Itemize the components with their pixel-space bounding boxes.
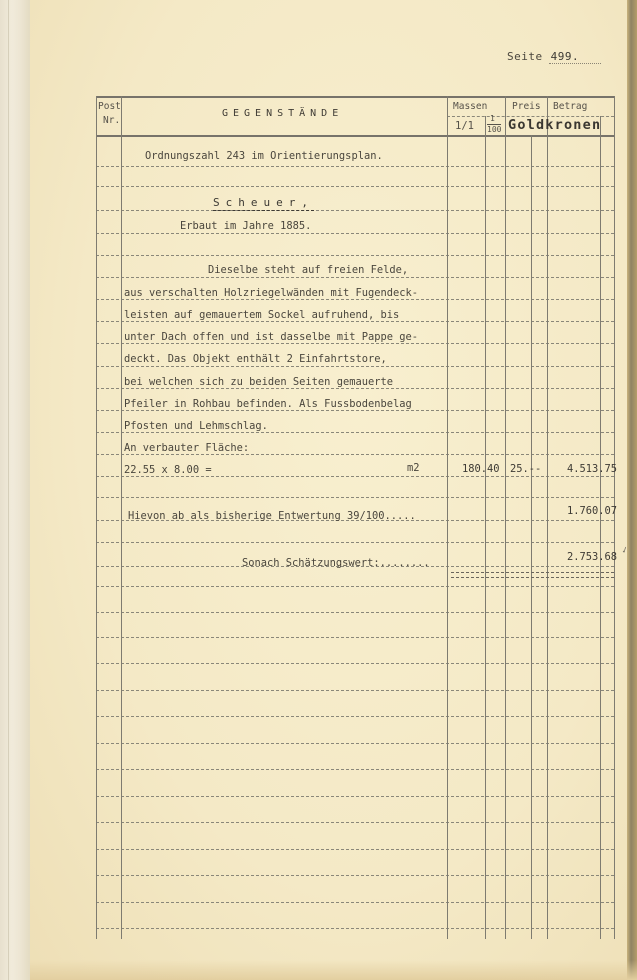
row-area-calculation: 22.55 x 8.00 =	[124, 464, 212, 476]
cell-betrag-total: 2.753.68	[567, 551, 617, 563]
row-erbaut: Erbaut im Jahre 1885.	[180, 220, 311, 232]
row-verbaute-flaeche-label: An verbauter Fläche:	[124, 442, 249, 454]
ruled-line	[96, 321, 614, 322]
page-number: Seite499.	[507, 50, 543, 63]
ruled-line	[96, 186, 614, 187]
col-line-gegenstaende	[447, 96, 448, 939]
ruled-line	[96, 166, 614, 167]
header-currency-goldkronen: Goldkronen	[508, 117, 601, 133]
header-bottom-border	[96, 135, 614, 137]
ruled-line	[96, 476, 614, 477]
ruled-line	[96, 542, 614, 543]
header-massen-1-1: 1/1	[455, 120, 474, 132]
col-line-post	[121, 96, 122, 939]
ruled-line	[96, 637, 614, 638]
row-description-8: Pfosten und Lehmschlag.	[124, 420, 268, 432]
ruled-line	[96, 277, 614, 278]
col-line-preis	[547, 96, 548, 939]
page-number-label: Seite	[507, 50, 543, 63]
page-bottom-shadow	[30, 960, 637, 980]
table-top-border	[96, 96, 614, 98]
ruled-line	[96, 690, 614, 691]
col-line-preis-sub	[531, 135, 532, 939]
col-line-massen-sub	[485, 116, 486, 939]
row-schaetzungswert: Sonach Schätzungswert:........	[242, 557, 430, 569]
row-description-6: bei welchen sich zu beiden Seiten gemaue…	[124, 376, 393, 388]
cell-betrag-gross: 4.513.75	[567, 463, 617, 475]
ruled-line	[96, 822, 614, 823]
page-number-value: 499.	[549, 50, 601, 64]
row-entwertung: Hievon ab als bisherige Entwertung 39/10…	[128, 510, 416, 522]
ruled-line	[96, 849, 614, 850]
ruled-line	[96, 210, 614, 211]
ruled-line	[96, 716, 614, 717]
ruled-line	[96, 928, 614, 929]
ruled-line	[96, 743, 614, 744]
ruled-line	[96, 299, 614, 300]
col-line-massen	[505, 96, 506, 939]
ruled-line	[96, 255, 614, 256]
ruled-line	[96, 366, 614, 367]
header-massen-fraction-bottom: 100	[487, 124, 501, 134]
cell-massen-value: 180.40	[462, 463, 500, 475]
ruled-line	[96, 432, 614, 433]
row-description-7: Pfeiler in Rohbau befinden. Als Fussbode…	[124, 398, 412, 410]
row-description-2: aus verschalten Holzriegelwänden mit Fug…	[124, 287, 418, 299]
ruled-line	[96, 586, 614, 587]
row-area-unit: m2	[407, 462, 420, 474]
ruled-line	[96, 343, 614, 344]
header-massen-fraction-top: 1	[490, 114, 495, 123]
page-edge	[627, 0, 637, 980]
ruled-line	[96, 454, 614, 455]
ruled-line	[96, 612, 614, 613]
cell-betrag-deduction: 1.760.07	[567, 505, 617, 517]
header-preis: Preis	[512, 101, 541, 112]
ruled-line	[96, 902, 614, 903]
header-post: Post	[98, 101, 121, 112]
ruled-line	[96, 410, 614, 411]
row-description-4: unter Dach offen und ist dasselbe mit Pa…	[124, 331, 418, 343]
col-line-left	[96, 96, 97, 939]
row-description-5: deckt. Das Objekt enthält 2 Einfahrtstor…	[124, 353, 387, 365]
ruled-line	[96, 875, 614, 876]
row-description-1: Dieselbe steht auf freien Felde,	[208, 264, 408, 276]
col-line-betrag-sub	[600, 116, 601, 939]
header-gegenstaende: GEGENSTÄNDE	[222, 108, 343, 119]
total-double-underline	[451, 572, 614, 578]
row-title-scheuer: Scheuer,	[213, 196, 314, 211]
cell-preis-value: 25.--	[510, 463, 541, 475]
ruled-line	[96, 388, 614, 389]
ruled-line	[96, 769, 614, 770]
ruled-line	[96, 663, 614, 664]
col-line-right	[614, 96, 615, 939]
ruled-line	[96, 497, 614, 498]
ruled-line	[96, 233, 614, 234]
row-description-3: leisten auf gemauertem Sockel aufruhend,…	[124, 309, 399, 321]
ledger-page	[30, 0, 627, 980]
binding-crease	[8, 0, 9, 980]
header-nr: Nr.	[103, 115, 120, 126]
ruled-line	[96, 796, 614, 797]
header-betrag: Betrag	[553, 101, 587, 112]
book-binding	[0, 0, 31, 980]
row-ordnungszahl: Ordnungszahl 243 im Orientierungsplan.	[145, 150, 383, 162]
header-massen: Massen	[453, 101, 487, 112]
